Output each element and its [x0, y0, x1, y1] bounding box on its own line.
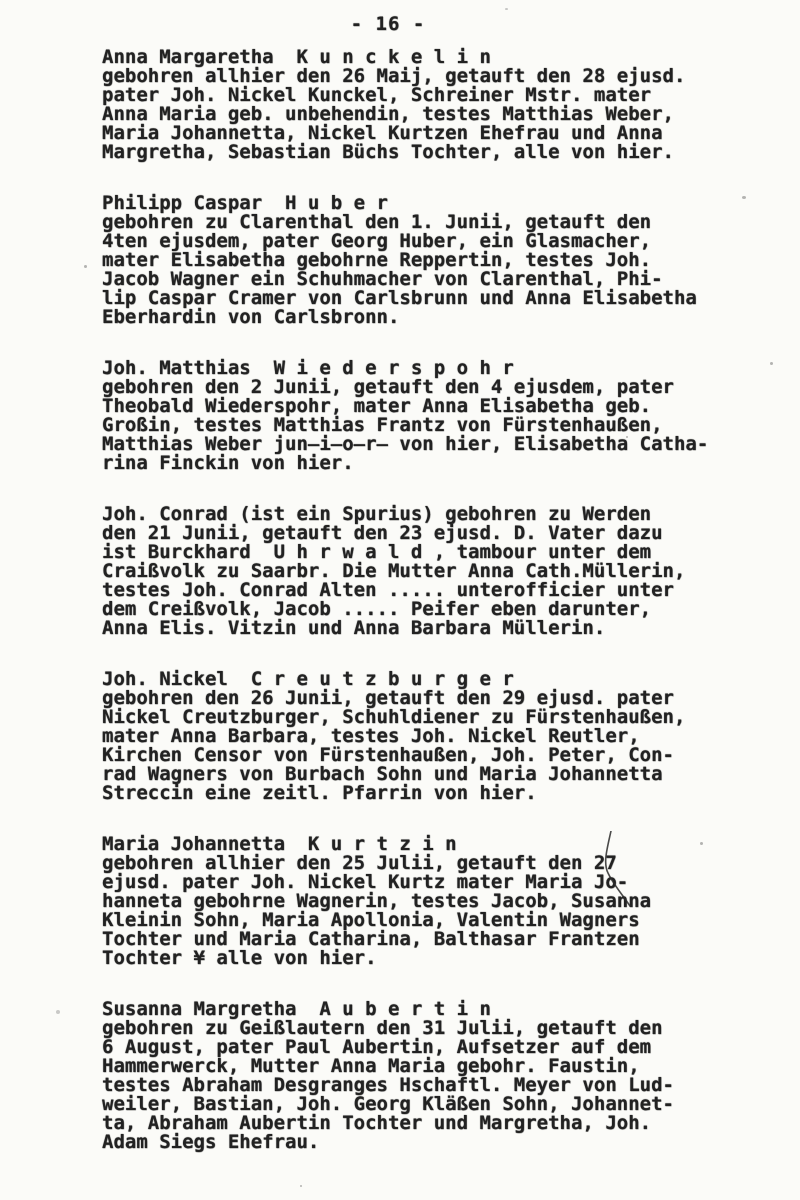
record-line: Streccin eine zeitl. Pfarrin von hier. — [102, 784, 762, 803]
baptism-record: Maria Johannetta K u r t z i ngebohren a… — [102, 835, 762, 968]
scan-speck-artifact — [56, 1010, 60, 1014]
baptism-record: Susanna Margretha A u b e r t i ngebohre… — [102, 1000, 762, 1152]
record-line: Adam Siegs Ehefrau. — [102, 1133, 762, 1152]
scan-speck-artifact — [770, 362, 773, 365]
record-line: Eberhardin von Carlsbronn. — [102, 308, 762, 327]
scan-speck-artifact — [626, 436, 628, 438]
scan-speck-artifact — [84, 265, 87, 268]
scan-speck-artifact — [742, 196, 746, 199]
baptism-record: Philipp Caspar H u b e rgebohren zu Clar… — [102, 194, 762, 327]
record-line: Margretha, Sebastian Büchs Tochter, alle… — [102, 143, 762, 162]
baptism-record: Joh. Nickel C r e u t z b u r g e rgeboh… — [102, 670, 762, 803]
baptism-record: Joh. Conrad (ist ein Spurius) gebohren z… — [102, 505, 762, 638]
scan-speck-artifact — [300, 1185, 302, 1187]
baptism-record: Joh. Matthias W i e d e r s p o h rgeboh… — [102, 359, 762, 473]
document-page: - 16 - Anna Margaretha K u n c k e l i n… — [0, 0, 800, 1200]
records-list: Anna Margaretha K u n c k e l i ngebohre… — [102, 48, 762, 1184]
baptism-record: Anna Margaretha K u n c k e l i ngebohre… — [102, 48, 762, 162]
record-line: Tochter ¥ alle von hier. — [102, 949, 762, 968]
record-line: Anna Elis. Vitzin und Anna Barbara Mülle… — [102, 619, 762, 638]
scan-speck-artifact — [700, 842, 703, 845]
scan-speck-artifact — [505, 8, 508, 10]
record-line: rina Finckin von hier. — [102, 454, 762, 473]
page-number: - 16 - — [0, 15, 788, 34]
